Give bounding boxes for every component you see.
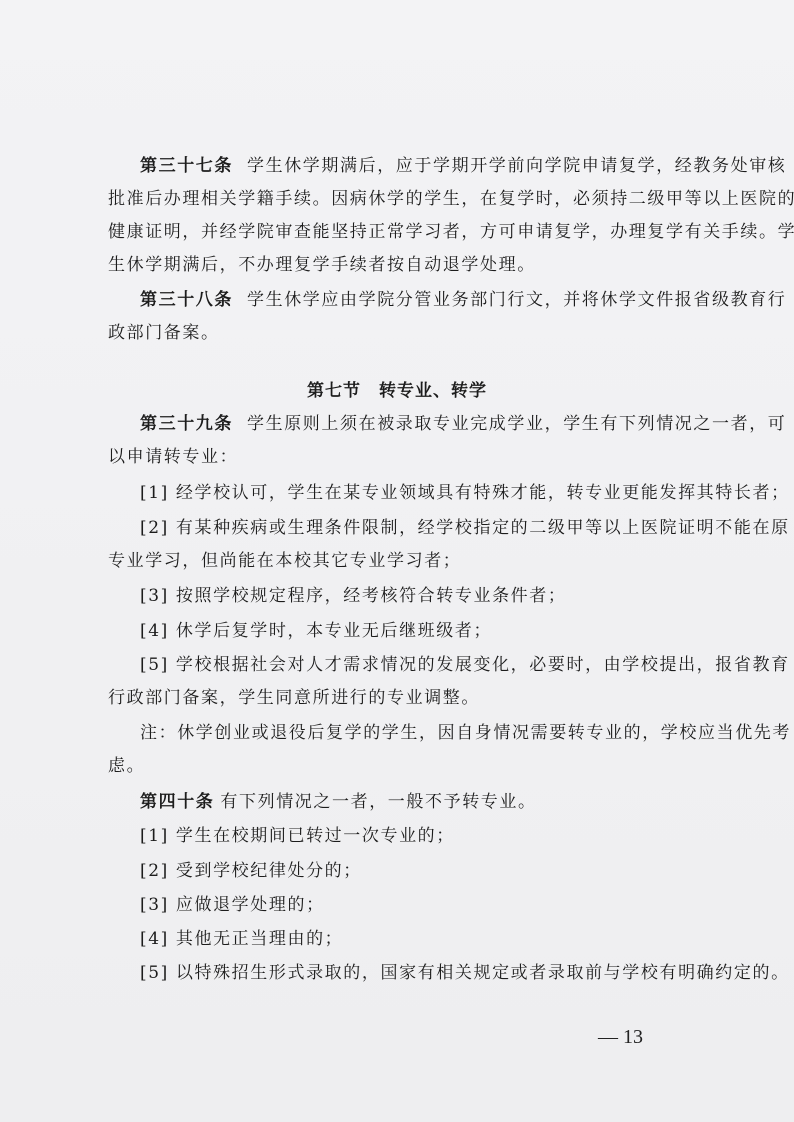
article-40-heading: 第四十条 [140,792,214,812]
article-39-line-1: 第三十九条学生原则上须在被录取专业完成学业，学生有下列情况之一者，可 [140,408,740,441]
article-38-line-1: 第三十八条学生休学应由学院分管业务部门行文，并将休学文件报省级教育行 [140,284,740,317]
article-39-item-2: [2] 有某种疾病或生理条件限制，经学校指定的二级甲等以上医院证明不能在原 [140,512,740,545]
article-40-text: 有下列情况之一者，一般不予转专业。 [220,792,536,812]
article-39-item-5: [5] 学校根据社会对人才需求情况的发展变化，必要时，由学校提出，报省教育 [140,649,740,682]
article-37-text: 学生休学期满后，应于学期开学前向学院申请复学，经教务处审核 [247,156,786,176]
article-40-item-4: [4] 其他无正当理由的； [140,923,740,956]
article-38-line-2: 政部门备案。 [108,317,708,350]
article-40-item-2: [2] 受到学校纪律处分的； [140,855,740,888]
article-39-item-2-cont: 专业学习，但尚能在本校其它专业学习者； [108,545,708,578]
article-39-heading: 第三十九条 [140,414,233,434]
article-39-item-5-cont: 行政部门备案，学生同意所进行的专业调整。 [108,682,708,715]
article-40-line-1: 第四十条有下列情况之一者，一般不予转专业。 [140,786,740,819]
article-38-text: 学生休学应由学院分管业务部门行文，并将休学文件报省级教育行 [247,290,786,310]
page-number: — 13 [598,1022,643,1052]
article-40-item-3: [3] 应做退学处理的； [140,889,740,922]
article-39-item-3: [3] 按照学校规定程序，经考核符合转专业条件者； [140,580,740,613]
document-page: 第三十七条学生休学期满后，应于学期开学前向学院申请复学，经教务处审核 批准后办理… [0,0,794,1122]
article-37-line-1: 第三十七条学生休学期满后，应于学期开学前向学院申请复学，经教务处审核 [140,150,740,183]
article-37-line-3: 健康证明，并经学院审查能坚持正常学习者，方可申请复学，办理复学有关手续。学 [108,216,708,249]
article-39-item-1: [1] 经学校认可，学生在某专业领域具有特殊才能，转专业更能发挥其特长者； [140,477,740,510]
article-39-text: 学生原则上须在被录取专业完成学业，学生有下列情况之一者，可 [247,414,786,434]
article-37-heading: 第三十七条 [140,156,233,176]
article-39-item-4: [4] 休学后复学时，本专业无后继班级者； [140,615,740,648]
article-37-line-4: 生休学期满后，不办理复学手续者按自动退学处理。 [108,249,708,282]
article-40-item-5: [5] 以特殊招生形式录取的，国家有相关规定或者录取前与学校有明确约定的。 [140,957,740,990]
article-39-note: 注：休学创业或退役后复学的学生，因自身情况需要转专业的，学校应当优先考 [140,717,740,750]
section-title: 第七节 转专业、转学 [0,375,794,408]
article-39-note-cont: 虑。 [108,750,708,783]
article-38-heading: 第三十八条 [140,290,233,310]
article-40-item-1: [1] 学生在校期间已转过一次专业的； [140,820,740,853]
article-37-line-2: 批准后办理相关学籍手续。因病休学的学生，在复学时，必须持二级甲等以上医院的 [108,183,708,216]
article-39-line-2: 以申请转专业： [108,441,708,474]
